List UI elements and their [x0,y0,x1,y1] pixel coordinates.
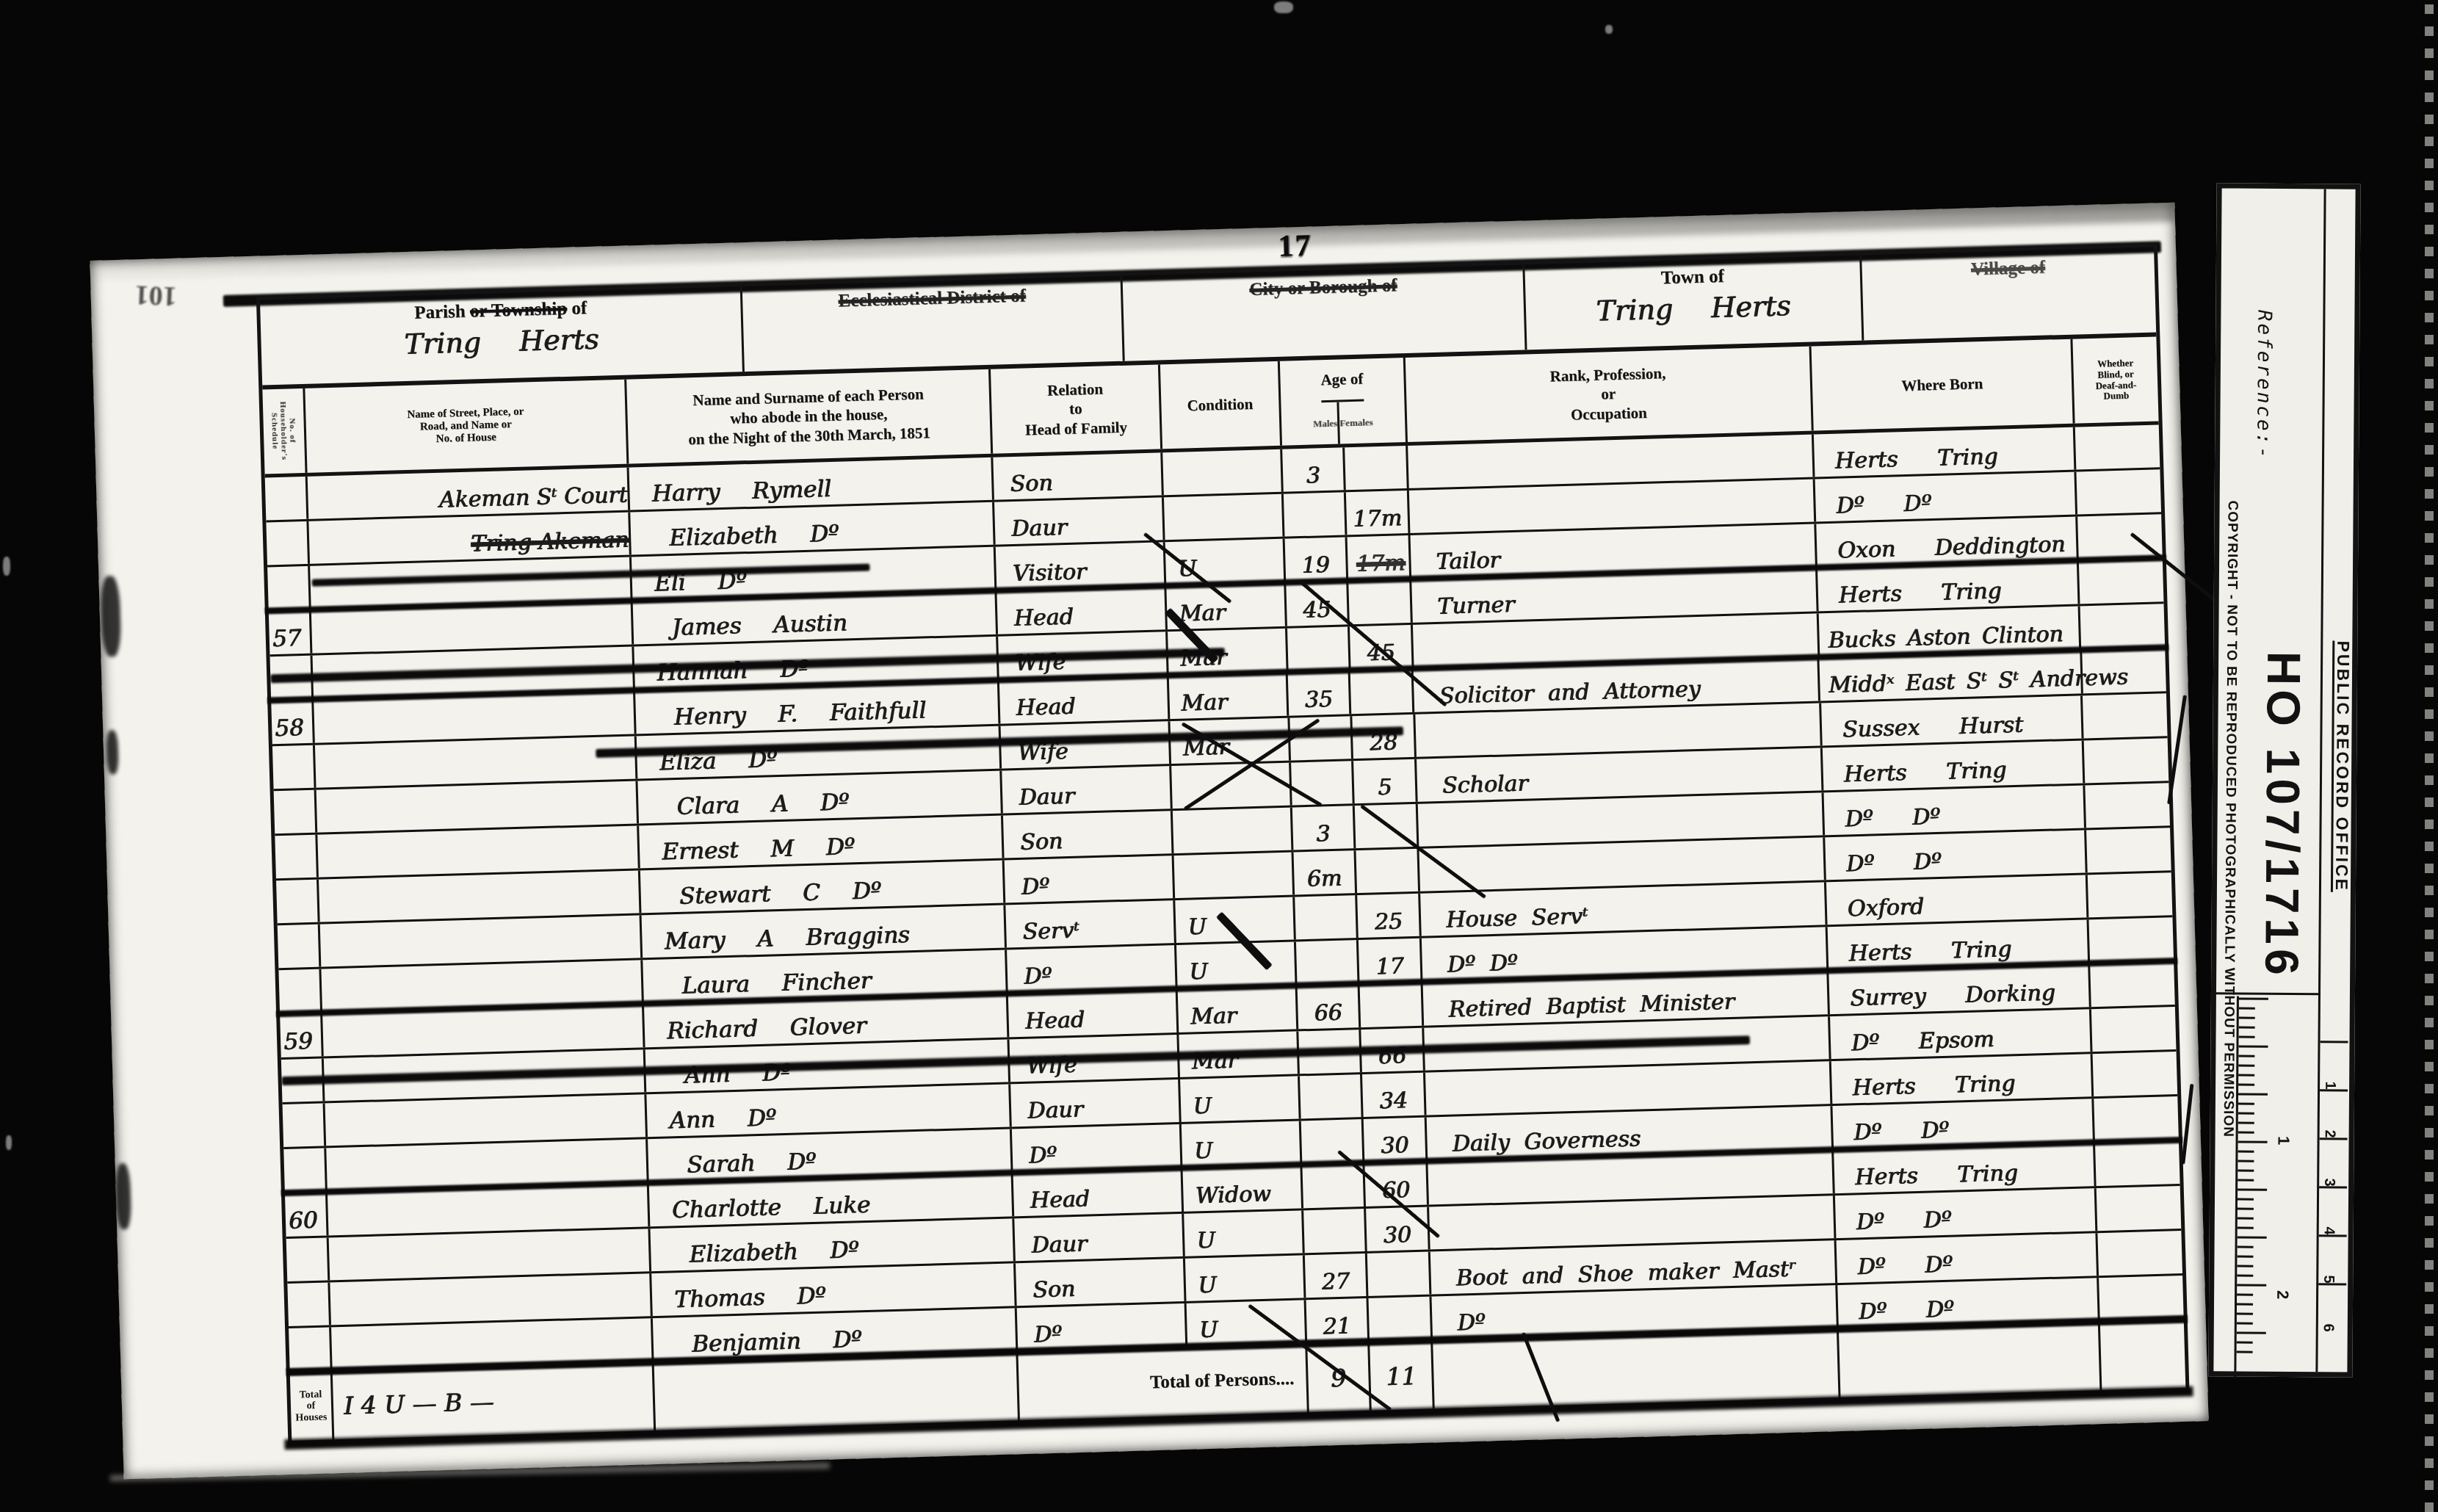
cell-street [322,1005,645,1056]
cell-schedule-number: 57 [269,611,312,655]
cell-age-female: 25 [1357,894,1421,938]
ruler-tick [2238,1065,2254,1067]
cell-where-born: Herts Tring [1817,561,2080,611]
sprocket-mark [2425,1414,2434,1424]
cell-street: Tring Akeman [308,513,632,564]
sprocket-mark [2425,1458,2434,1468]
ruler-tick [2239,1008,2255,1010]
cell-where-born-text: Dº Dº [1826,849,1942,878]
cell-age-male-text: 3 [1306,463,1320,489]
ruler-tick [2238,1046,2268,1048]
cell-occupation-text: Tailor [1411,548,1500,576]
cell-blind-deaf [2075,424,2160,469]
scale-box-number: 3 [2321,1178,2337,1186]
cell-name: Thomas Dº [651,1263,1016,1316]
ruler-tick [2238,1179,2254,1182]
cell-street-text [626,911,639,911]
cell-age-female: 28 [1353,715,1417,759]
cell-schedule-number [289,1327,332,1371]
cell-where-born: Oxford [1826,875,2089,925]
cell-blind-deaf [2091,1007,2176,1052]
cell-street-text [631,1090,644,1090]
name-column-header: Name and Surname of each Person who abod… [626,369,993,464]
cell-schedule-number [275,835,318,879]
sprocket-mark [2425,467,2434,477]
cell-street-text [630,1045,643,1046]
cell-where-born-text: Herts Tring [1834,1160,2019,1191]
cell-relation-text: Daur [1002,784,1075,811]
cell-age-female-text: 5 [1378,775,1392,801]
cell-condition-text: U [1176,914,1207,941]
cell-condition: U [1182,1121,1302,1167]
ruler-tick [2238,1237,2267,1239]
cell-street-text [618,643,632,643]
cell-name: Ernest M Dº [639,816,1004,869]
ecclesiastical-district-cell: Ecclesiastical District of [742,276,1125,372]
sprocket-mark [2425,797,2434,807]
cell-age-male: 19 [1284,537,1348,581]
totals-born-cell [1839,1323,2102,1397]
cell-street [315,736,638,787]
schedule-column-header: No. of Householder's Schedule [262,388,307,474]
cell-blind-deaf [2093,1052,2177,1096]
sprocket-mark [2425,842,2434,851]
cell-condition: Mar [1168,673,1289,720]
cell-relation: Visitor [996,542,1167,589]
ruler-tick [2239,1027,2255,1029]
cell-relation-text: Son [1004,828,1063,856]
cell-relation-text: Daur [1011,1097,1084,1125]
cell-where-born: Herts Tring [1831,1054,2094,1104]
cell-name: Mary A Braggins [642,905,1007,958]
ruler-ticks: 12 [2222,188,2356,189]
sprocket-mark [2425,555,2434,565]
page-number: 17 [1278,228,1312,264]
cell-where-born-text: Herts Tring [1814,444,1998,475]
cell-where-born: Middˣ East Sᵗ Sᵗ Andrews [1819,651,2083,701]
scan-blotch [100,576,121,657]
cell-blind-deaf [2083,693,2167,738]
cell-blind-deaf [2087,828,2171,872]
ruler-tick [2237,1332,2266,1334]
cell-condition [1164,494,1284,540]
sprocket-mark [2425,1128,2434,1137]
ruler-number: 2 [2273,1290,2292,1299]
ruler-tick [2237,1284,2266,1287]
sprocket-mark [2425,864,2434,873]
cell-occupation-text [1425,1068,1450,1068]
cell-age-female [1350,670,1414,714]
cell-condition-text: U [1187,1317,1218,1344]
ruler-tick [2237,1342,2253,1344]
cell-age-male [1287,626,1351,670]
cell-relation-text: Head [999,694,1076,722]
cell-schedule-number [287,1282,330,1326]
cell-name-text: Stewart C Dº [640,878,881,911]
cell-street-text [632,1135,645,1135]
scale-box-number: 2 [2321,1129,2338,1137]
cell-condition-text: U [1182,1138,1213,1165]
cell-occupation-text: Dº [1432,1309,1486,1336]
sprocket-mark [2425,4,2434,14]
cell-schedule-number [274,790,317,834]
sprocket-mark [2425,379,2434,388]
cell-schedule-number [266,521,309,565]
reference-label: Reference:- [2252,310,2275,460]
cell-condition: U [1176,941,1297,988]
cell-relation-text: Dº [1017,1322,1062,1349]
cell-blind-deaf [2091,962,2175,1007]
cell-age-male [1291,761,1355,805]
cell-age-male: 3 [1292,806,1356,850]
sprocket-mark [2425,225,2434,234]
cell-age-female-text: 25 [1374,908,1403,935]
ruler-tick [2237,1351,2253,1353]
cell-relation: Head [997,587,1168,634]
cell-age-female: 17m [1348,535,1411,579]
cell-name-text: Clara A Dº [638,789,850,821]
sprocket-mark [2425,137,2434,146]
cell-relation: Daur [1010,1079,1182,1126]
blind-column-header: Whether Blind, or Deaf-and- Dumb [2073,336,2159,423]
cell-where-born: Surrey Dorking [1828,964,2091,1014]
sprocket-mark [2425,974,2434,983]
sprocket-mark [2425,621,2434,631]
catalog-number: HO 107/1716 [2254,651,2311,980]
cell-condition [1171,763,1292,809]
cell-occupation-text [1430,1247,1455,1248]
cell-condition: U [1187,1300,1307,1346]
ruler-tick [2238,1208,2254,1210]
street-column-header: Name of Street, Place, or Road, and Name… [305,380,629,473]
scale-box-number: 4 [2321,1226,2337,1234]
sprocket-mark [2425,533,2434,543]
cell-occupation-text: Scholar [1417,771,1528,800]
cell-occupation-text: Solicitor and Attorney [1414,676,1701,710]
ruler-tick [2238,1103,2254,1105]
ruler-tick [2237,1275,2253,1277]
cell-relation: Dº [1007,945,1178,992]
sprocket-mark [2425,996,2434,1005]
sprocket-mark [2425,1282,2434,1292]
cell-where-born-text: Oxford [1826,894,1924,923]
scale-box-number: 1 [2321,1081,2338,1089]
cell-where-born: Dº Dº [1836,1233,2099,1283]
cell-name: Harry Rymell [629,457,994,510]
cell-relation: Son [1003,811,1174,858]
cell-relation: Head [1008,990,1179,1037]
cell-where-born-text: Dº Dº [1815,491,1932,519]
cell-condition [1173,808,1293,854]
scale-box: 2 [2320,1089,2348,1137]
sprocket-mark [2425,1018,2434,1027]
cell-age-female [1356,849,1420,893]
born-column-header: Where Born [1811,339,2075,431]
scan-blotch [115,1163,132,1230]
cell-name-text: Elizabeth Dº [651,1237,859,1269]
cell-age-male-text: 66 [1314,1000,1342,1027]
sprocket-mark [2425,930,2434,939]
cell-name-text: Richard Glover [645,1013,867,1045]
ruler-tick [2238,1160,2254,1162]
cell-condition-text: Mar [1169,690,1228,717]
cell-where-born-text: Surrey Dorking [1829,980,2055,1013]
cell-schedule-number [267,566,311,610]
sprocket-mark [2425,247,2434,256]
cell-condition: Mar [1178,986,1298,1032]
ecclesiastical-district-label: Ecclesiastical District of [838,286,1026,311]
cell-occupation-text [1420,889,1445,889]
ruler-tick [2239,1017,2255,1019]
cell-where-born: Dº Dº [1835,1188,2098,1238]
cell-where-born-text: Herts Tring [1831,1071,2016,1102]
film-speck [1605,25,1613,34]
cell-blind-deaf [2099,1276,2184,1320]
totals-blind-cell [2100,1320,2185,1390]
cell-schedule-number-text: 57 [269,625,301,652]
sprocket-mark [2425,1370,2434,1380]
cell-relation: Son [993,452,1164,499]
totals-spacer-cell [654,1353,1020,1430]
total-persons-label-cell: Total of Persons.... [1019,1345,1309,1420]
cell-relation-text: Daur [995,515,1068,543]
cell-name: Clara A Dº [638,771,1003,824]
film-speck [6,1135,12,1150]
cell-occupation-text [1410,530,1435,531]
cell-street-text [634,1224,648,1225]
sprocket-mark [2425,952,2434,961]
cell-age-male [1289,716,1353,760]
cell-street-text [625,866,638,867]
cell-occupation-text [1426,1113,1451,1113]
cell-age-male: 66 [1297,985,1361,1029]
sprocket-mark [2425,1040,2434,1049]
total-houses-label-cell: Total of Houses [290,1372,334,1441]
sprocket-mark [2425,753,2434,763]
cell-age-male [1301,1119,1364,1163]
cell-street-text [622,777,635,778]
age-males-subheader: Males [1312,402,1340,445]
cell-occupation-text [1409,485,1434,486]
microfilm-frame: 101 17 Parish or Township of Tring Herts… [0,0,2438,1510]
cell-age-male-text: 19 [1301,552,1330,579]
ruler-number: 1 [2274,1136,2293,1145]
ruler-tick [2238,1246,2254,1248]
cell-where-born: Dº Dº [1823,785,2086,835]
cell-relation: Dº [1012,1124,1183,1171]
cell-street-text [623,821,637,822]
cell-street [319,870,642,922]
cell-where-born-text: Dº Dº [1824,804,1941,833]
cell-age-male [1300,1074,1364,1118]
cell-age-male [1303,1209,1367,1253]
sprocket-mark [2425,70,2434,80]
cell-relation: Head [999,676,1169,723]
cell-occupation-text: House Servᵗ [1421,903,1588,933]
sprocket-mark [2425,1502,2434,1510]
sprocket-mark [2425,1106,2434,1115]
town-label: Town of [1660,267,1724,289]
ruler-tick [2238,1093,2268,1096]
scale-box: 1 [2320,1041,2348,1089]
cell-schedule-number [265,477,308,521]
scale-box-number: 6 [2320,1323,2337,1331]
film-speck [3,557,10,576]
cell-blind-deaf [2097,1186,2181,1231]
cell-age-male: 35 [1287,671,1351,715]
cell-street-text [621,732,634,733]
cell-age-male-text: 6m [1306,866,1342,892]
cell-street [328,1184,651,1235]
cell-street-text [637,1314,651,1314]
cell-relation-text: Head [1008,1008,1085,1035]
ruler-tick [2239,1036,2255,1038]
cell-name-text: Mary A Braggins [642,922,910,955]
film-speck [1274,1,1293,13]
cell-schedule-number-text: 60 [286,1207,318,1234]
cell-age-male [1296,940,1360,984]
cell-age-female: 30 [1364,1118,1428,1162]
cell-relation-text: Head [1013,1186,1090,1214]
cell-street: Akeman Sᵗ Court [307,468,630,519]
parish-header-cell: Parish or Township of Tring Herts [260,286,745,385]
ruler-tick [2238,1170,2254,1172]
sprocket-mark [2425,1480,2434,1490]
cell-age-male: 21 [1306,1298,1370,1342]
cell-relation-text: Son [1016,1276,1076,1303]
city-borough-label: City or Borough of [1249,275,1397,300]
cell-occupation-text: Dº Dº [1422,950,1518,979]
cell-schedule-number: 59 [280,1014,323,1058]
cell-street [330,1273,653,1325]
cell-schedule-number: 60 [285,1193,328,1237]
cell-name: Stewart C Dº [640,861,1005,914]
village-label: Village of [1971,258,2046,281]
cell-name: Ann Dº [646,1084,1011,1137]
sprocket-mark [2425,203,2434,212]
sprocket-mark [2425,1084,2434,1093]
cell-name-text: Elizabeth Dº [631,521,839,553]
cell-where-born-text: Dº Dº [1835,1207,1952,1236]
cell-condition: U [1184,1210,1304,1256]
sprocket-mark [2425,401,2434,410]
cell-schedule-number: 58 [271,701,314,745]
sprocket-mark [2425,1304,2434,1314]
cell-name: Richard Glover [644,994,1009,1047]
sprocket-mark [2425,709,2434,719]
sprocket-mark [2425,1150,2434,1160]
cell-where-born-text: Herts Tring [1823,757,2007,788]
cell-condition [1162,449,1283,496]
census-rows: Akeman Sᵗ CourtHarry RymellSon3Herts Tri… [265,424,2184,1373]
cell-age-female-text: 17 [1375,953,1404,980]
ruler-tick [2238,1141,2268,1143]
cell-blind-deaf [2079,559,2163,604]
cell-age-female-struck: 17m [1356,550,1406,577]
cell-condition-text: U [1177,959,1208,985]
ruler-tick [2238,1084,2254,1086]
sprocket-mark [2425,1238,2434,1248]
cell-relation: Daur [994,497,1165,544]
sprocket-mark [2425,1326,2434,1336]
cell-relation: Dº [1005,856,1176,903]
ruler-tick [2237,1303,2253,1306]
village-cell: Village of [1862,247,2157,340]
cell-blind-deaf [2094,1096,2179,1141]
cell-age-male-text: 27 [1321,1269,1350,1295]
sprocket-mark [2425,357,2434,366]
cell-occupation-text: Boot and Shoe maker Mastʳ [1430,1256,1796,1292]
cell-where-born: Dº Dº [1825,830,2088,880]
cell-name-text: Harry Rymell [629,476,831,508]
cell-age-female [1349,580,1413,624]
age-column-header: Age of Males Females [1279,358,1407,446]
scale-boxes: 123456 [2222,188,2356,189]
sprocket-mark [2425,1436,2434,1446]
cell-street [311,602,634,654]
cell-where-born: Dº Epsom [1830,1009,2093,1059]
ruler-tick [2238,1074,2254,1077]
cell-blind-deaf [2078,514,2163,559]
cell-condition-text: U [1186,1273,1217,1299]
scale-box-number: 5 [2320,1275,2337,1283]
cell-age-female-text: 34 [1379,1088,1408,1114]
census-table: Parish or Township of Tring Herts Eccles… [256,243,2190,1444]
cell-where-born: Herts Tring [1823,740,2086,790]
cell-age-female: 34 [1362,1073,1426,1117]
cell-blind-deaf [2082,648,2166,693]
cell-name: Charlotte Luke [649,1173,1014,1226]
cell-relation-text: Dº [1008,963,1052,991]
sprocket-mark [2425,665,2434,675]
ruler-tick [2238,1218,2254,1220]
sprocket-mark [2425,93,2434,102]
sprocket-mark [2425,313,2434,322]
cell-age-male-text: 35 [1304,687,1333,713]
sprocket-mark [2425,511,2434,521]
cell-schedule-number-text: 58 [272,715,304,742]
sprocket-mark [2425,1348,2434,1358]
scale-box: 3 [2319,1137,2347,1186]
cell-name-text: James Austin [633,609,847,642]
cell-age-female [1367,1252,1431,1296]
cell-schedule-number [283,1103,326,1147]
census-sheet: 101 17 Parish or Township of Tring Herts… [90,203,2208,1480]
record-office-name: PUBLIC RECORD OFFICE [2332,640,2353,892]
corner-stamp: 101 [134,278,178,312]
cell-age-female-text: 30 [1383,1222,1411,1248]
sprocket-mark [2425,26,2434,36]
cell-relation-text: Son [994,470,1053,497]
cell-where-born: Dº Dº [1815,472,2077,522]
cell-condition-text: U [1181,1093,1212,1120]
cell-age-female: 30 [1366,1207,1430,1251]
cell-name: Elizabeth Dº [651,1218,1016,1271]
cell-name-text: Ann Dº [647,1104,777,1135]
cell-where-born-text: Dº Dº [1838,1297,1955,1325]
cell-age-male: 6m [1293,850,1357,894]
sprocket-mark [2425,335,2434,344]
ruler-tick [2239,998,2268,1000]
cell-street [316,781,639,832]
scale-box: 5 [2318,1234,2346,1283]
cell-occupation-text [1417,754,1442,755]
cell-age-female [1369,1297,1433,1341]
cell-street [328,1229,651,1280]
cell-age-male [1295,895,1359,939]
cell-age-female-text: 30 [1381,1132,1409,1159]
sprocket-mark [2425,820,2434,829]
